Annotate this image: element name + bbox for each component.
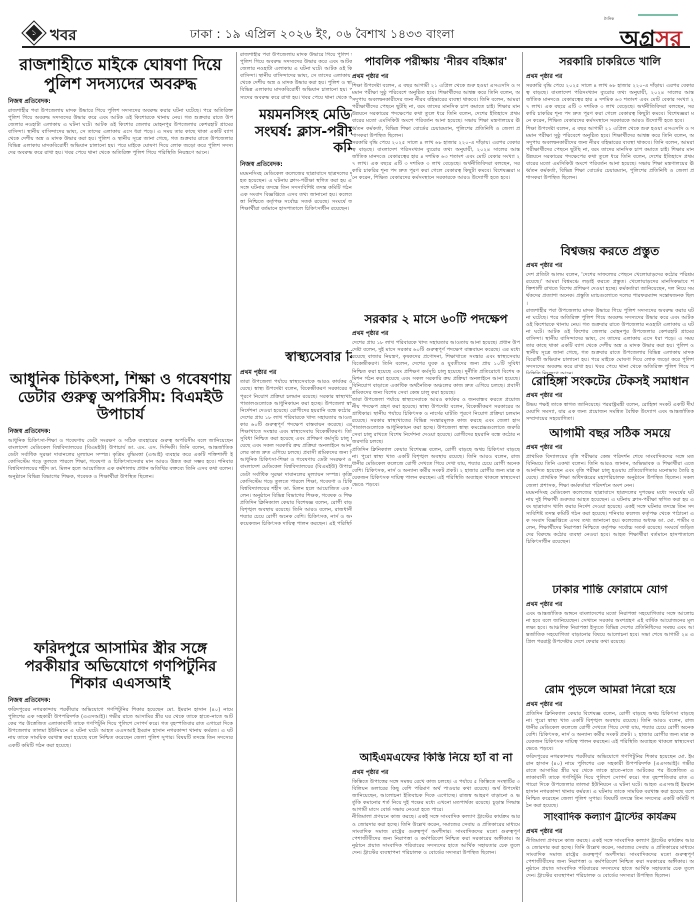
brand-tagline bbox=[638, 14, 678, 16]
middle-right-column: পাবলিক পরীক্ষায় 'নীরব বহিষ্কার' প্রথম প… bbox=[352, 52, 520, 907]
column-divider bbox=[236, 52, 237, 902]
byline: প্রথম পৃষ্ঠার পর bbox=[526, 826, 694, 837]
article-body: রাজশাহীর পবা উপজেলায় মাদক উদ্ধারে গিয়ে… bbox=[8, 108, 233, 158]
article-body: প্রতিদিন ক্লিনিক্যাল কেয়ার বিশেষজ্ঞ বলে… bbox=[526, 711, 694, 754]
headline: রোহিঙ্গা সংকটের টেকসই সমাধান bbox=[526, 374, 694, 388]
left-column: রাজশাহীতে মাইকে ঘোষণা দিয়ে পুলিশ সদস্যদ… bbox=[8, 52, 233, 907]
article-body: আধুনিক চিকিৎসা-শিক্ষা ও গবেষণায় ডেটা সং… bbox=[8, 438, 233, 481]
article-body: কিস্তিতে উপাত্তের সঙ্গে সমন্বয় রেখে কাজ… bbox=[352, 779, 520, 814]
headline: ঢাকার শান্তি ফোরামে যোগ bbox=[526, 584, 694, 597]
byline: প্রথম পৃষ্ঠার পর bbox=[526, 260, 694, 271]
article-rajshahi: রাজশাহীতে মাইকে ঘোষণা দিয়ে পুলিশ সদস্যদ… bbox=[8, 52, 233, 367]
dateline: ঢাকা : ১৯ এপ্রিল ২০২৬ ইং, ০৬ বৈশাখ ১৪৩৩ … bbox=[190, 26, 454, 46]
headline: রাজশাহীতে মাইকে ঘোষণা দিয়ে পুলিশ সদস্যদ… bbox=[8, 56, 233, 94]
headline: পাবলিক পরীক্ষায় 'নীরব বহিষ্কার' bbox=[352, 56, 520, 69]
article-imf: আইএমএফের কিস্তি নিয়ে হ্যাঁ বা না প্রথম … bbox=[352, 752, 520, 902]
byline: প্রথম পৃষ্ঠার পর bbox=[526, 599, 694, 610]
byline: প্রথম পৃষ্ঠার পর bbox=[526, 390, 694, 401]
article-body: উভয় পক্ষই তাকে স্বাগত জানিয়েছে। পররাষ্… bbox=[526, 402, 694, 423]
article-exam: পাবলিক পরীক্ষায় 'নীরব বহিষ্কার' প্রথম প… bbox=[352, 52, 520, 312]
byline: প্রথম পৃষ্ঠার পর bbox=[352, 767, 520, 778]
article-body: দেশ প্রতিটা আলম বলেন, 'দেশের সাফল্যের পে… bbox=[526, 272, 694, 307]
brand-prefix: দৈনিক bbox=[604, 16, 614, 23]
article-journalist: সাংবাদিক কল্যাণ ট্রাস্টের কার্যক্রম প্রথ… bbox=[526, 812, 694, 907]
article-faridpur: ফরিদপুরে আসামির স্ত্রীর সঙ্গে পরকীয়ার অ… bbox=[8, 640, 233, 905]
section-badge-icon: ১ bbox=[23, 22, 46, 45]
article-rohingya: রোহিঙ্গা সংকটের টেকসই সমাধান প্রথম পৃষ্ঠ… bbox=[526, 374, 694, 426]
headline: সরকারি চাকরিতে খালি bbox=[526, 56, 694, 69]
headline: আইএমএফের কিস্তি নিয়ে হ্যাঁ বা না bbox=[352, 752, 520, 765]
headline: বিশ্বজয় করতে প্রস্তুত bbox=[526, 244, 694, 258]
headline: রোম পুড়লে আমরা নিরো হয়ে bbox=[526, 684, 694, 697]
article-jobs: সরকারি চাকরিতে খালি প্রথম পৃষ্ঠার পর সরক… bbox=[526, 52, 694, 244]
article-body: সরকারি বৃদ্ধি পেয়ে ২০২৫ সালে ৪ লাখ ৬৮ হ… bbox=[352, 140, 520, 183]
article-body: ফরিদপুরের নগরকান্দায় পরকীয়ার অভিযোগে গ… bbox=[526, 754, 694, 811]
headline: আধুনিক চিকিৎসা, শিক্ষা ও গবেষণায় ডেটার … bbox=[8, 371, 233, 424]
article-worldcup: বিশ্বজয় করতে প্রস্তুত প্রথম পৃষ্ঠার পর … bbox=[526, 244, 694, 374]
article-nextyear: আগামী বছর সঠিক সময়ে প্রথম পৃষ্ঠার পর প্… bbox=[526, 426, 694, 584]
article-dhaka-peace: ঢাকার শান্তি ফোরামে যোগ প্রথম পৃষ্ঠার পর… bbox=[526, 584, 694, 684]
article-plan: সরকার ২ মাসে ৬০টি পদক্ষেপ প্রথম পৃষ্ঠার … bbox=[352, 312, 520, 752]
masthead: ১ খবর ঢাকা : ১৯ এপ্রিল ২০২৬ ইং, ০৬ বৈশাখ… bbox=[0, 0, 700, 52]
headline: সাংবাদিক কল্যাণ ট্রাস্টের কার্যক্রম bbox=[526, 812, 694, 824]
column-divider bbox=[522, 52, 523, 902]
article-body: শিক্ষা উপদেষ্টা বলেন, এ বছর আগামী ২১ এপ্… bbox=[526, 126, 694, 183]
article-body: রাজশাহীর পবা উপজেলায় মাদক উদ্ধারে গিয়ে… bbox=[526, 308, 694, 374]
masthead-rule bbox=[22, 46, 690, 48]
byline: প্রথম পৃষ্ঠার পর bbox=[526, 699, 694, 710]
article-body: প্রতিদিন ক্লিনিক্যাল কেয়ার বিশেষজ্ঞ বলে… bbox=[352, 447, 520, 490]
article-body: নীতিমালা প্রণয়নে কাজ করছে। একই সঙ্গে সা… bbox=[526, 838, 694, 881]
byline: নিজস্ব প্রতিবেদক: bbox=[8, 96, 233, 107]
headline: সরকার ২ মাসে ৬০টি পদক্ষেপ bbox=[352, 312, 520, 326]
article-rome: রোম পুড়লে আমরা নিরো হয়ে প্রথম পৃষ্ঠার … bbox=[526, 684, 694, 812]
article-body: প্রাথমিক বিদ্যালয়ের বৃত্তি পরীক্ষার কেন… bbox=[526, 454, 694, 489]
byline: প্রথম পৃষ্ঠার পর bbox=[526, 442, 694, 453]
article-body: দেশের প্রায় ১৮ লাখ পরিবারকে খাদ্য সহায়… bbox=[352, 340, 520, 397]
headline: ফরিদপুরে আসামির স্ত্রীর সঙ্গে পরকীয়ার অ… bbox=[8, 640, 233, 693]
article-body: এবং আন্তর্জাতিক অঙ্গনে বাংলাদেশের মতো নি… bbox=[526, 611, 694, 646]
article-bmu: আধুনিক চিকিৎসা, শিক্ষা ও গবেষণায় ডেটার … bbox=[8, 371, 233, 636]
right-column: সরকারি চাকরিতে খালি প্রথম পৃষ্ঠার পর সরক… bbox=[526, 52, 694, 907]
article-body: ফরিদপুরের নগরকান্দায় পরকীয়ার অভিযোগে গ… bbox=[8, 707, 233, 750]
article-body: শিক্ষা উপদেষ্টা বলেন, এ বছর আগামী ২১ এপ্… bbox=[352, 83, 520, 140]
article-body: সরকারি বৃদ্ধি পেয়ে ২০২৫ সালে ৪ লাখ ৬৮ হ… bbox=[526, 83, 694, 126]
article-body: ময়মনসিংহ মেডিকেল কলেজের ছাত্রাবাসে ছাত্… bbox=[526, 490, 694, 547]
article-body: তারা উপজেলা পর্যায়ে স্বাস্থ্যসেবাকে আরও… bbox=[352, 397, 520, 447]
headline: আগামী বছর সঠিক সময়ে bbox=[526, 426, 694, 440]
byline: নিজস্ব প্রতিবেদক: bbox=[8, 695, 233, 706]
article-body: নীতিমালা প্রণয়নে কাজ করছে। একই সঙ্গে সা… bbox=[352, 814, 520, 857]
byline: নিজস্ব প্রতিবেদক: bbox=[8, 426, 233, 437]
byline: প্রথম পৃষ্ঠার পর bbox=[352, 328, 520, 339]
byline: প্রথম পৃষ্ঠার পর bbox=[526, 71, 694, 82]
byline: প্রথম পৃষ্ঠার পর bbox=[352, 71, 520, 82]
